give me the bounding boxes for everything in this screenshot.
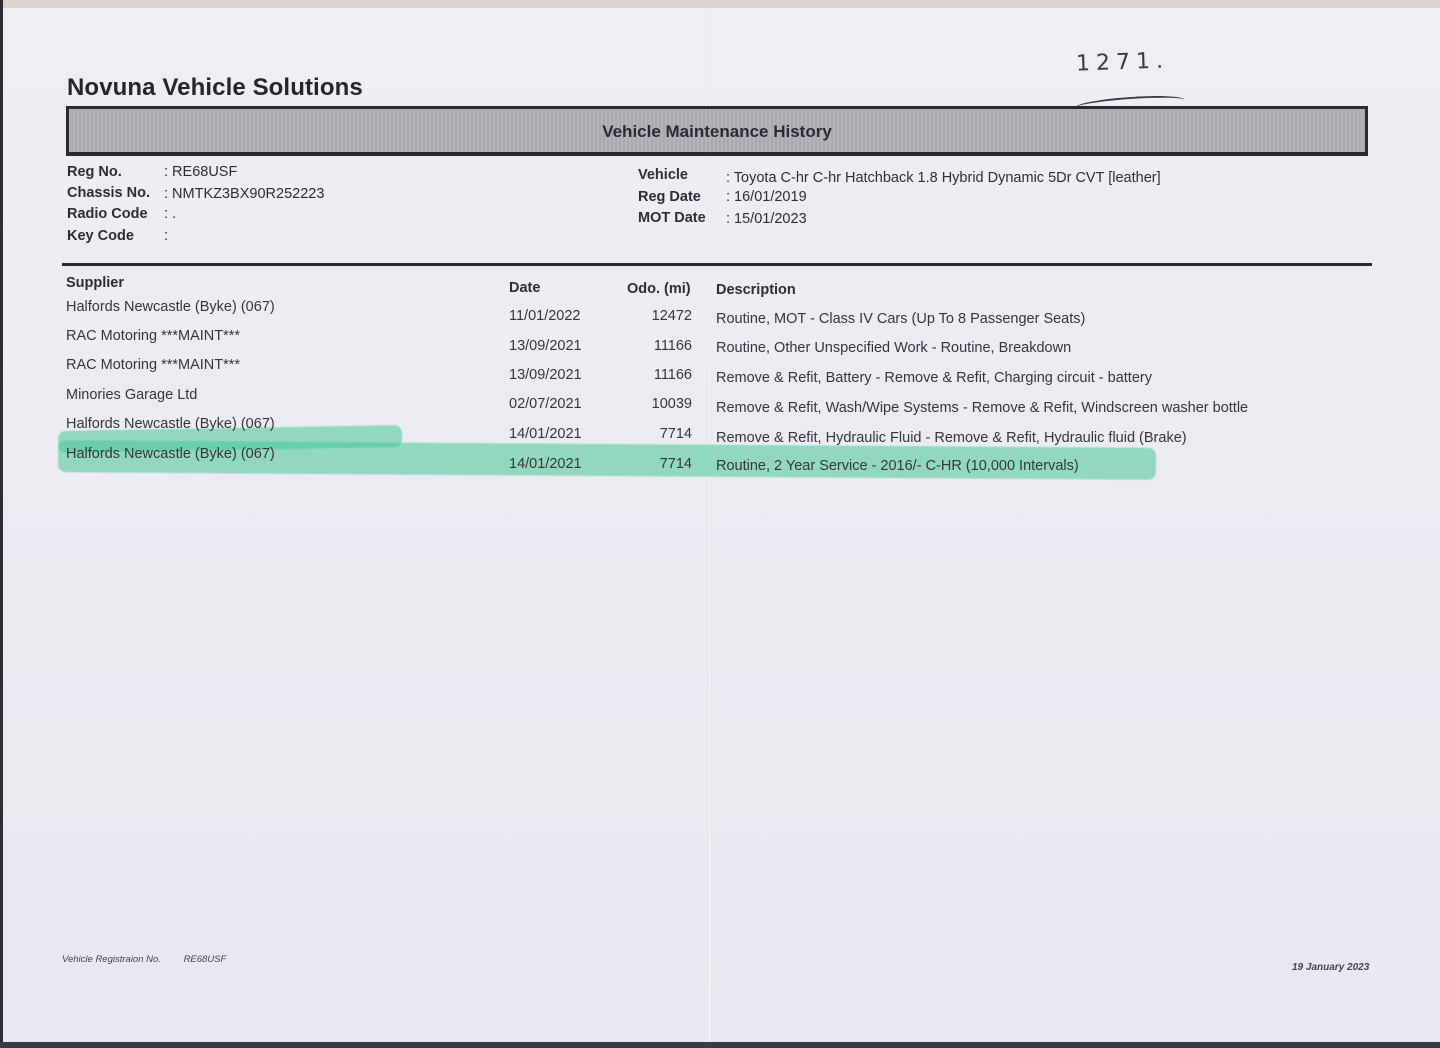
supplier-cell: RAC Motoring ***MAINT*** [66,328,240,344]
description-cell: Routine, Other Unspecified Work - Routin… [716,340,1071,356]
header-divider [62,263,1372,266]
vehicle-value: : Toyota C-hr C-hr Hatchback 1.8 Hybrid … [726,170,1161,186]
supplier-cell: Halfords Newcastle (Byke) (067) [66,446,275,462]
description-cell: Remove & Refit, Battery - Remove & Refit… [716,370,1152,386]
supplier-cell: Minories Garage Ltd [66,387,197,403]
footer-registration: Vehicle Registraion No. RE68USF [62,954,226,965]
chassis-no-label: Chassis No. [67,185,150,201]
description-header: Description [716,282,796,298]
mot-date-label: MOT Date [638,210,706,226]
scan-top-edge [0,0,1440,8]
date-header: Date [509,280,540,296]
supplier-header: Supplier [66,275,124,291]
document-title: Vehicle Maintenance History [602,122,832,142]
document-title-bar: Vehicle Maintenance History [66,106,1368,156]
date-cell: 14/01/2021 [509,426,582,442]
key-code-label: Key Code [67,228,134,244]
odo-cell: 10039 [612,396,692,412]
vehicle-label: Vehicle [638,167,688,183]
description-cell: Routine, 2 Year Service - 2016/- C-HR (1… [716,458,1079,474]
date-cell: 14/01/2021 [509,456,582,472]
scan-left-edge [0,0,3,1048]
radio-code-value: : . [164,206,176,222]
scan-bottom-edge [0,1042,1440,1048]
footer-reg-label: Vehicle Registraion No. [62,954,161,965]
reg-date-value: : 16/01/2019 [726,189,807,205]
document-page: Novuna Vehicle Solutions 1271. Vehicle M… [0,0,1440,1048]
reg-no-value: : RE68USF [164,164,237,180]
footer-print-date: 19 January 2023 [1292,962,1369,973]
radio-code-label: Radio Code [67,206,148,222]
date-cell: 13/09/2021 [509,338,582,354]
handwritten-note: 1271. [1076,48,1170,76]
footer-reg-value: RE68USF [184,954,227,965]
odo-cell: 7714 [612,426,692,442]
key-code-value: : [164,228,168,244]
odo-cell: 11166 [612,367,692,383]
reg-date-label: Reg Date [638,189,701,205]
supplier-cell: Halfords Newcastle (Byke) (067) [66,299,275,315]
date-cell: 13/09/2021 [509,367,582,383]
description-cell: Routine, MOT - Class IV Cars (Up To 8 Pa… [716,311,1085,327]
supplier-cell: RAC Motoring ***MAINT*** [66,357,240,373]
date-cell: 11/01/2022 [509,308,581,324]
odo-cell: 12472 [612,308,692,324]
supplier-cell: Halfords Newcastle (Byke) (067) [66,416,275,432]
odo-header: Odo. (mi) [627,281,691,297]
chassis-no-value: : NMTKZ3BX90R252223 [164,186,324,202]
paper-fold-line [708,8,711,1042]
company-name: Novuna Vehicle Solutions [67,74,363,102]
mot-date-value: : 15/01/2023 [726,211,807,227]
odo-cell: 11166 [612,338,692,354]
date-cell: 02/07/2021 [509,396,582,412]
description-cell: Remove & Refit, Wash/Wipe Systems - Remo… [716,400,1248,416]
description-cell: Remove & Refit, Hydraulic Fluid - Remove… [716,430,1187,446]
reg-no-label: Reg No. [67,164,122,180]
odo-cell: 7714 [612,456,692,472]
